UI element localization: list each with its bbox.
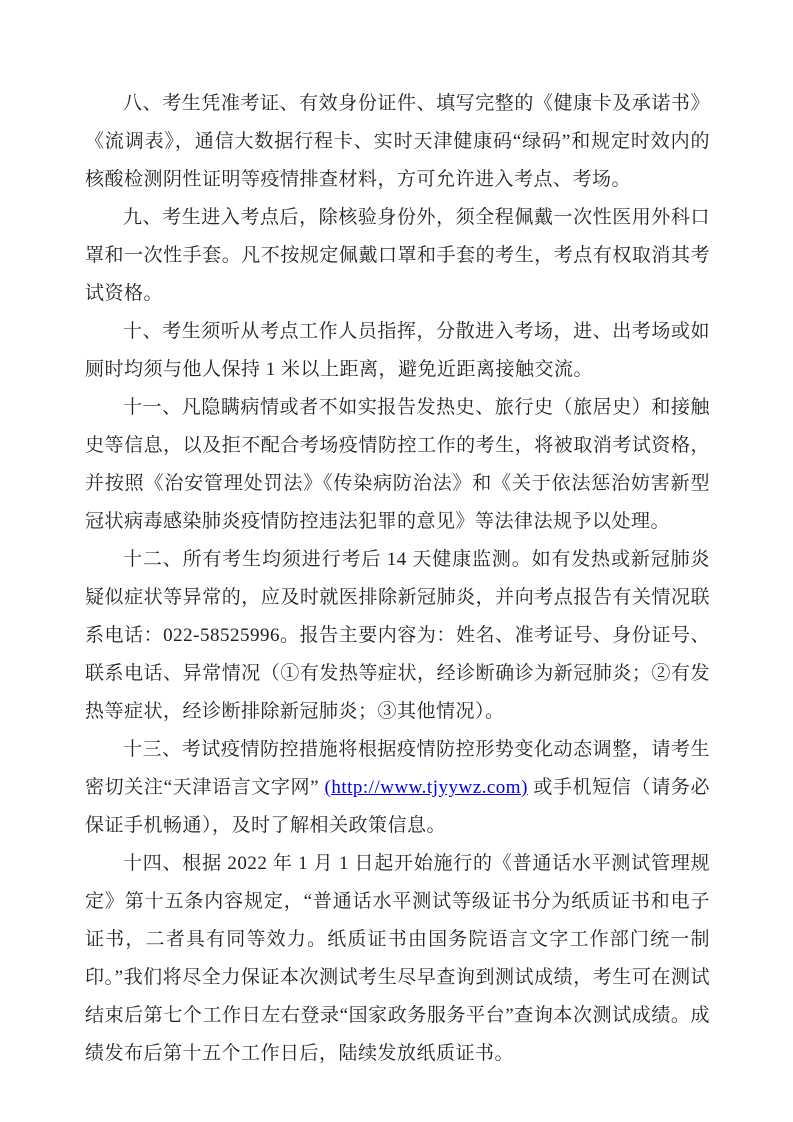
paragraph-item-10: 十、考生须听从考点工作人员指挥，分散进入考场，进、出考场或如厕时均须与他人保持 … — [85, 313, 710, 389]
paragraph-item-8: 八、考生凭准考证、有效身份证件、填写完整的《健康卡及承诺书》《流调表》，通信大数… — [85, 85, 710, 199]
paragraph-item-13: 十三、考试疫情防控措施将根据疫情防控形势变化动态调整，请考生密切关注“天津语言文… — [85, 731, 710, 845]
paragraph-item-9: 九、考生进入考点后，除核验身份外，须全程佩戴一次性医用外科口罩和一次性手套。凡不… — [85, 199, 710, 313]
document-page: 八、考生凭准考证、有效身份证件、填写完整的《健康卡及承诺书》《流调表》，通信大数… — [0, 0, 793, 1122]
paragraph-item-12: 十二、所有考生均须进行考后 14 天健康监测。如有发热或新冠肺炎疑似症状等异常的… — [85, 541, 710, 731]
paragraph-item-14: 十四、根据 2022 年 1 月 1 日起开始施行的《普通话水平测试管理规定》第… — [85, 845, 710, 1073]
document-body: 八、考生凭准考证、有效身份证件、填写完整的《健康卡及承诺书》《流调表》，通信大数… — [85, 85, 710, 1073]
paragraph-item-11: 十一、凡隐瞒病情或者不如实报告发热史、旅行史（旅居史）和接触史等信息，以及拒不配… — [85, 389, 710, 541]
tjyywz-hyperlink[interactable]: (http://www.tjyywz.com) — [325, 777, 528, 798]
